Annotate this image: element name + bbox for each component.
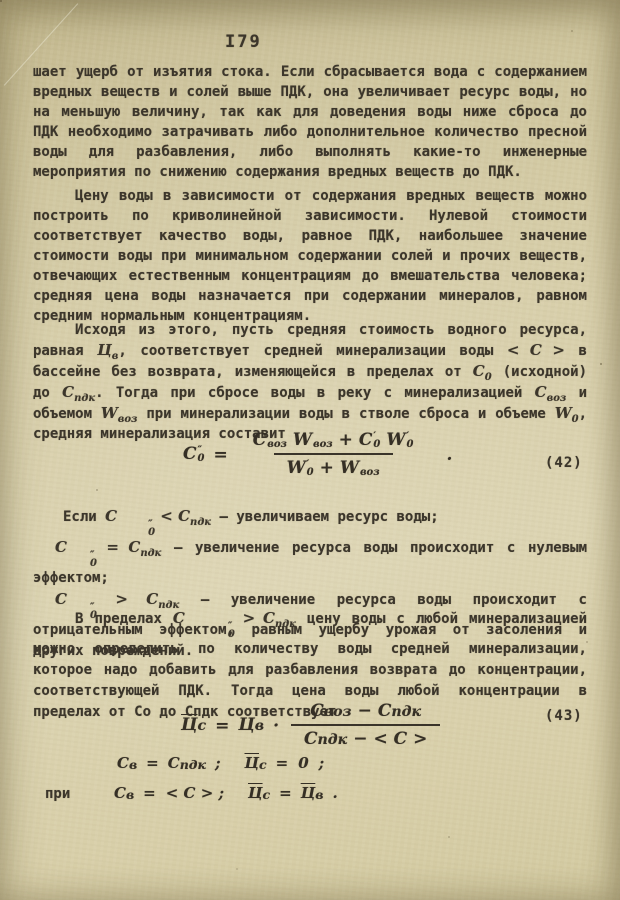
equals-sign: = [215,716,229,736]
fraction: Своз − Спдк Спдк − < С > [291,703,440,748]
paper-specks [0,0,2,2]
formula-43: Цс = Цв · Своз − Спдк Спдк − < С > [178,703,446,748]
denominator: Спдк − < С > [291,724,440,748]
math-lhs: Цс [181,717,206,734]
math-coefficient: Цв [238,717,264,734]
math-symbol: W0 [555,404,579,422]
math-symbol: > [235,609,263,627]
boundary-condition-2: Св=< С > ;Цс=Цв. [110,784,343,802]
multiplication-dot: · [273,716,279,736]
math-symbol: Цв [97,341,118,359]
equals-sign: = [214,445,228,465]
trailing-period: . [446,445,452,465]
denominator: W′0 + Wвоз [274,453,393,477]
page-number: I79 [225,32,262,52]
math-symbol: Спдк [62,383,95,401]
condition-a: Если С″0 < Спдк – увеличиваем ресурс вод… [33,506,587,537]
document-page: I79 шает ущерб от изъятия стока. Если сб… [0,0,620,900]
pri-label: при [45,786,70,802]
condition-b: С″0 = Спдк – увеличение ресурса воды про… [33,537,587,589]
math-symbol: С0 [473,362,492,380]
paragraph-1: шает ущерб от изъятия стока. Если сбрасы… [33,62,587,182]
math-symbol: Wвоз [101,404,137,422]
math-symbol: Спдк [263,609,296,627]
formula-42: С″0 = Своз Wвоз + С′0 W′0 W′0 + Wвоз . [180,432,452,477]
paragraph-3: Исходя из этого, пусть средняя стоимость… [33,320,587,444]
numerator: Своз Wвоз + С′0 W′0 [240,432,427,453]
fraction: Своз Wвоз + С′0 W′0 W′0 + Wвоз [240,432,427,477]
equation-number-43: (43) [545,708,583,724]
math-symbol: < С > [507,341,565,359]
boundary-condition-1: Св=Спдк;Цс=0; [113,754,329,772]
text-run: при минерализации воды в стволе сброса и… [137,406,554,422]
text-run: Цену воды в зависимости от содержания вр… [33,188,587,324]
math-symbol: С″0 [173,609,235,627]
math-symbol: Своз [535,383,567,401]
text-run: . Тогда при сбросе воды в реку с минерал… [95,385,535,401]
equation-number-42: (42) [545,455,583,471]
text-run: шает ущерб от изъятия стока. Если сбрасы… [33,64,587,180]
text-run: В пределах [75,611,173,627]
paragraph-2: Цену воды в зависимости от содержания вр… [33,186,587,326]
math-lhs: С″0 [183,446,205,463]
text-run: , соответствует средней минерализации во… [118,343,507,359]
numerator: Своз − Спдк [297,703,434,724]
